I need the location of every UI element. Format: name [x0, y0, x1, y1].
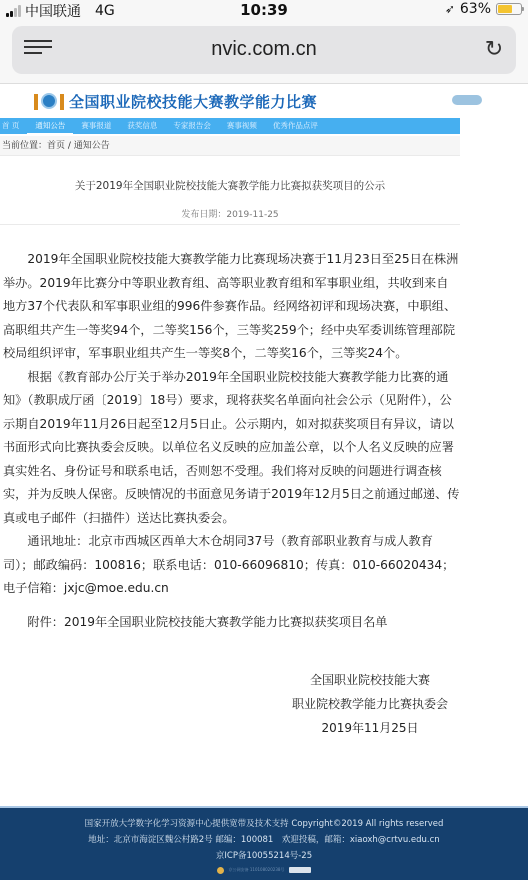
reload-icon[interactable]: ↻ [482, 38, 506, 62]
book-globe-logo-icon [34, 92, 64, 112]
url-text[interactable]: nvic.com.cn [12, 38, 516, 61]
status-bar: 中国联通 4G 10:39 ➶ 63% [0, 0, 528, 20]
header-action-button[interactable] [452, 95, 482, 105]
nav-item-award-info[interactable]: 获奖信息 [119, 118, 165, 134]
paragraph-publicity: 根据《教育部办公厅关于举办2019年全国职业院校技能大赛教学能力比赛的通知》（教… [3, 366, 460, 531]
nav-item-featured-works[interactable]: 优秀作品点评 [265, 118, 326, 134]
stats-badge-icon[interactable] [289, 867, 311, 873]
nav-item-notices[interactable]: 通知公告 [27, 118, 73, 134]
article-body: 2019年全国职业院校技能大赛教学能力比赛现场决赛于11月23日至25日在株洲举… [3, 248, 460, 634]
address-bar[interactable]: nvic.com.cn ↻ [12, 26, 516, 74]
nav-item-event-reports[interactable]: 赛事报道 [73, 118, 119, 134]
paragraph-contact: 通讯地址：北京市西城区西单大木仓胡同37号（教育部职业教育与成人教育司）；邮政编… [3, 530, 460, 601]
police-badge-icon [217, 867, 224, 874]
nav-item-event-videos[interactable]: 赛事视频 [219, 118, 265, 134]
paragraph-results: 2019年全国职业院校技能大赛教学能力比赛现场决赛于11月23日至25日在株洲举… [3, 248, 460, 366]
footer-badges: 京公网安备 11010802023​8号 [0, 864, 528, 876]
location-arrow-icon: ➶ [445, 2, 455, 16]
nav-item-home[interactable]: 首 页 [0, 118, 27, 134]
site-logo[interactable]: 全国职业院校技能大赛教学能力比赛 [34, 91, 317, 112]
attachment-link[interactable]: 附件：2019年全国职业院校技能大赛教学能力比赛拟获奖项目名单 [3, 611, 460, 635]
publish-date: 发布日期：2019-11-25 [0, 207, 460, 220]
police-record[interactable]: 京公网安备 11010802023​8号 [229, 867, 285, 873]
divider [0, 224, 460, 225]
signature-org-2: 职业院校教学能力比赛执委会 [270, 692, 470, 716]
signature-block: 全国职业院校技能大赛 职业院校教学能力比赛执委会 2019年11月25日 [270, 668, 470, 740]
site-footer: 国家开放大学数字化学习资源中心提供宽带及技术支持 Copyright©2019 … [0, 806, 528, 880]
article-title: 关于2019年全国职业院校技能大赛教学能力比赛拟获奖项目的公示 [0, 178, 460, 193]
site-header: 全国职业院校技能大赛教学能力比赛 [0, 85, 528, 117]
battery-percent: 63% [460, 1, 491, 17]
site-title: 全国职业院校技能大赛教学能力比赛 [69, 91, 317, 112]
battery-icon [496, 3, 522, 15]
signature-org-1: 全国职业院校技能大赛 [270, 668, 470, 692]
footer-icp[interactable]: 京ICP备10055214号-25 [0, 848, 528, 864]
main-nav: 首 页 通知公告 赛事报道 获奖信息 专家报告会 赛事视频 优秀作品点评 [0, 118, 460, 134]
breadcrumb: 当前位置：首页 / 通知公告 [0, 136, 460, 156]
footer-address: 地址：北京市海淀区魏公村路2号 邮编：100081 欢迎投稿，邮箱：xiaoxh… [0, 832, 528, 848]
browser-chrome: nvic.com.cn ↻ [0, 20, 528, 84]
status-right: ➶ 63% [445, 1, 522, 17]
signature-date: 2019年11月25日 [270, 716, 470, 740]
nav-item-expert-talks[interactable]: 专家报告会 [165, 118, 219, 134]
footer-copyright: 国家开放大学数字化学习资源中心提供宽带及技术支持 Copyright©2019 … [0, 816, 528, 832]
